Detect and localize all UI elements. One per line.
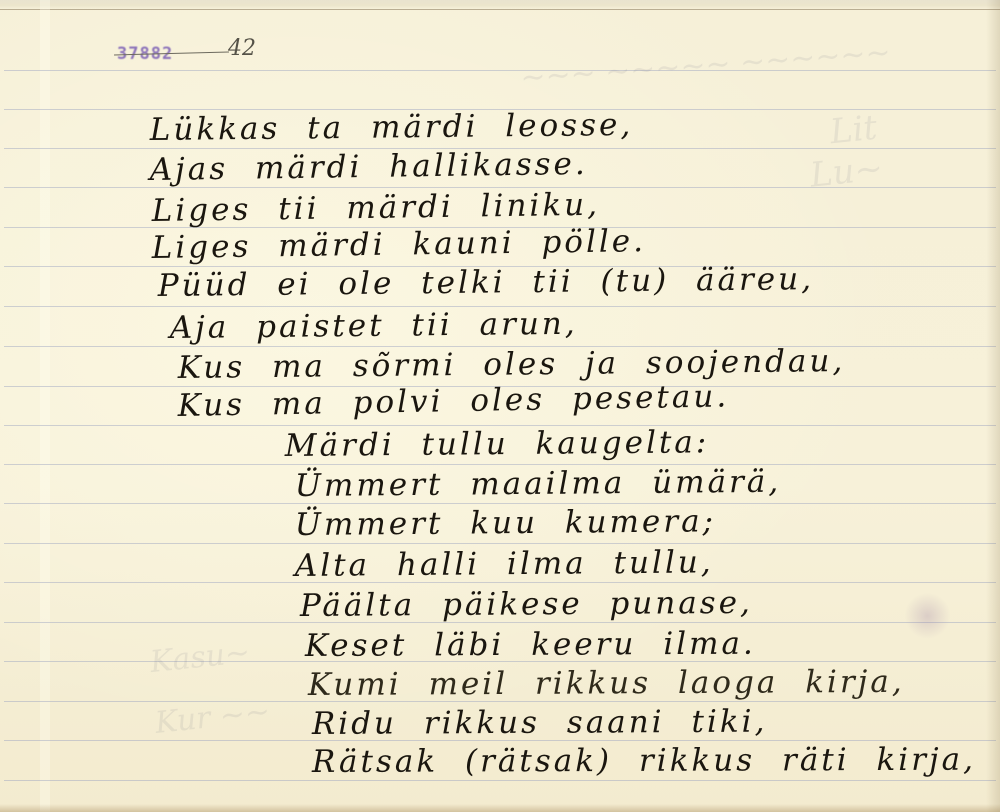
page-fold [40, 0, 50, 812]
verse-line: Päälta päikese punase, [300, 585, 753, 624]
verse-line: Ümmert maailma ümärä, [295, 464, 782, 504]
verse-line: Ajas märdi hallikasse. [149, 146, 587, 188]
ruled-line [4, 503, 996, 504]
verse-line: Aja paistet tii arun, [170, 306, 578, 346]
ruled-line [4, 543, 996, 544]
verse-line: Rätsak (rätsak) rikkus räti kirja, [312, 742, 976, 780]
verse-line: Lükkas ta märdi leosse, [150, 107, 634, 148]
verse-line: Kumi meil rikkus laoga kirja, [308, 664, 905, 703]
ruled-line [4, 464, 996, 465]
verse-line: Keset läbi keeru ilma. [305, 626, 756, 664]
ruled-line [4, 780, 996, 781]
bleed-through-text: Kasu~ [148, 635, 251, 680]
page-bottom-edge [0, 804, 1000, 812]
folio-number: 42 [228, 36, 256, 61]
page-right-edge [986, 0, 1000, 812]
page-top-edge [0, 0, 1000, 10]
ink-smudge [905, 592, 950, 640]
bleed-through-text: Lu~ [808, 148, 885, 195]
manuscript-page: ~~~ ~~~~~ ~~~~~~ Lit Lu~ Kasu~ Kur ~~ 37… [0, 0, 1000, 812]
verse-line: Liges tii märdi liniku, [151, 187, 600, 229]
verse-line: Püüd ei ole telki tii (tu) ääreu, [158, 261, 815, 304]
verse-line: Ümmert kuu kumera; [295, 503, 717, 543]
bleed-through-text: Lit [828, 108, 879, 153]
verse-line: Kus ma sõrmi oles ja soojendau, [178, 343, 846, 386]
verse-line: Märdi tullu kaugelta: [285, 424, 710, 464]
verse-line: Alta halli ilma tullu, [295, 544, 714, 584]
verse-line: Liges märdi kauni pölle. [151, 223, 646, 266]
verse-line: Ridu rikkus saani tiki, [312, 704, 768, 742]
bleed-through-text: ~~~ ~~~~~ ~~~~~~ [519, 35, 892, 96]
